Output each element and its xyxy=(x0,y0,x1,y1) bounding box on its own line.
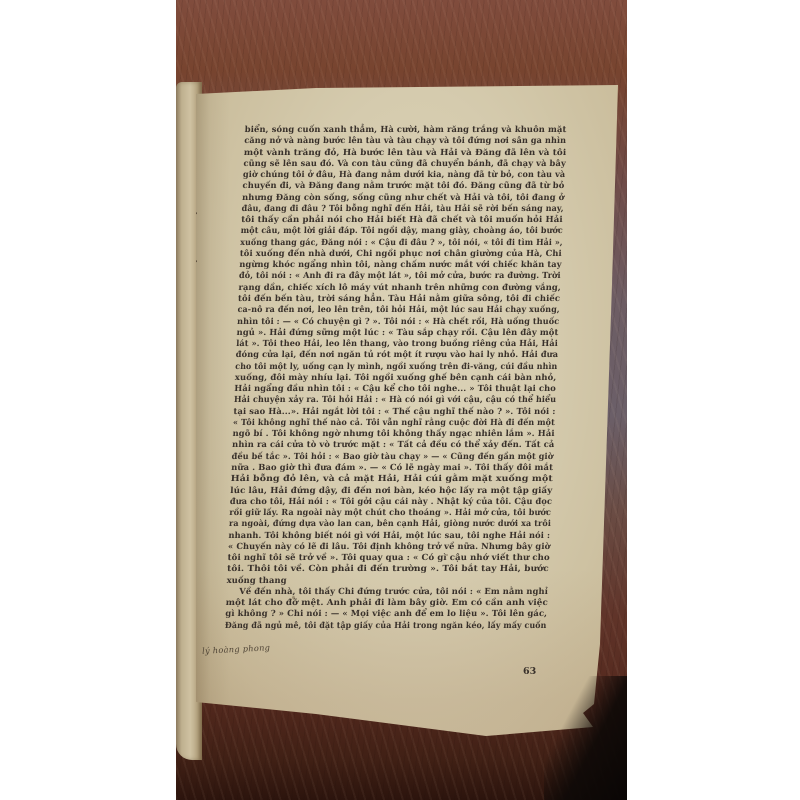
text-line: tôi. Thôi tôi về. Còn phải đi đến trường… xyxy=(227,563,549,574)
text-line: một vành trăng đỏ, Hà bước lên tàu và Hả… xyxy=(244,147,566,158)
text-line: Về đến nhà, tôi thấy Chi đứng trước cửa,… xyxy=(226,586,548,597)
text-line: nhìn tôi : — « Có chuyện gì ? ». Tôi nói… xyxy=(237,316,559,327)
text-line: cũng sẽ lên sau đó. Và con tàu cũng đã c… xyxy=(243,158,565,169)
text-line: chuyến đi, và Đăng đang nằm trước mặt tô… xyxy=(242,180,564,191)
product-photo-canvas: biển, sóng cuốn xanh thẳm, Hà cười, hàm … xyxy=(0,0,800,800)
text-line: gì không ? » Chi nói : — « Mọi việc anh … xyxy=(225,608,547,619)
text-line: lát ». Tôi theo Hải, leo lên thang, vào … xyxy=(236,338,558,349)
text-line: cho tôi một ly, uống cạn ly mình, ngồi x… xyxy=(235,361,557,372)
text-line: rạng dần, chiếc xích lô máy vút nhanh tr… xyxy=(238,282,560,293)
text-line: đóng cửa lại, đến nơi ngăn tủ rót một ít… xyxy=(235,349,557,360)
text-line: « Tôi không nghĩ thế nào cả. Tôi vẫn ngh… xyxy=(233,417,555,428)
text-line: ngõ bí . Tôi không ngờ nhưng tôi không t… xyxy=(232,428,554,439)
text-line: Hải chuyện xảy ra. Tôi hỏi Hải : « Hà có… xyxy=(234,394,556,405)
text-line: nhanh. Tôi không biết nói gì với Hải, mộ… xyxy=(228,530,550,541)
text-line: xuống thang xyxy=(226,575,548,586)
text-line: tôi xuống đến nhà dưới, Chi ngồi phục nơ… xyxy=(240,248,562,259)
text-line: một câu, một lời giải đáp. Tôi ngồi dậy,… xyxy=(240,225,562,236)
book-page: biển, sóng cuốn xanh thẳm, Hà cười, hàm … xyxy=(196,84,620,756)
text-line: rồi giữ lấy. Ra ngoài này một chút cho t… xyxy=(229,507,551,518)
text-line: đưa cho tôi, Hải nói : « Tôi gởi cậu cái… xyxy=(230,496,552,507)
text-line: ngủ ». Hải đứng sững một lúc : « Tàu sắp… xyxy=(236,327,558,338)
text-line: đỏ, tôi nói : « Anh đi ra đây một lát »,… xyxy=(239,270,561,281)
text-line: đâu, đang đi đâu ? Tôi bỗng nghĩ đến Hải… xyxy=(241,203,563,214)
footer-author: lý hoàng phong xyxy=(202,642,271,656)
text-line: một lát cho đỡ mệt. Anh phải đi làm bây … xyxy=(226,597,548,608)
paper-speck xyxy=(446,554,448,556)
page-number: 63 xyxy=(523,666,536,677)
text-line: Hải ngẩng đầu nhìn tôi : « Cậu kể cho tô… xyxy=(234,383,556,394)
text-line: tôi thấy cần phải nói cho Hải biết Hà đã… xyxy=(241,214,563,225)
text-line: giờ chúng tôi ở đâu, Hà đang nằm dưới ki… xyxy=(243,169,565,180)
wood-table-photo: biển, sóng cuốn xanh thẳm, Hà cười, hàm … xyxy=(176,0,627,800)
text-line: xuống thang gác, Đăng nói : « Cậu đi đâu… xyxy=(240,237,562,248)
text-line: ra ngoài, đứng dựa vào lan can, bên cạnh… xyxy=(229,518,551,529)
text-line: ngừng khóc ngẩng nhìn tôi, nàng chấm nướ… xyxy=(239,259,561,270)
text-line: xuống, đôi mày nhíu lại. Tôi ngồi xuống … xyxy=(235,372,557,383)
text-line: nhưng Đăng còn sống, sống cũng như chết … xyxy=(242,192,564,203)
text-line: ca-nô ra đến nơi, leo lên trên, tôi hỏi … xyxy=(237,304,559,315)
text-line: nhìn ra cái cửa tò vò trước mặt : « Tất … xyxy=(232,439,554,450)
page-text: biển, sóng cuốn xanh thẳm, Hà cười, hàm … xyxy=(225,124,567,631)
text-line: tôi nghĩ tôi sẽ trở về ». Tôi quay qua :… xyxy=(227,552,549,563)
text-line: « Chuyến này có lẽ đi lâu. Tôi định khôn… xyxy=(228,541,550,552)
paper-speck xyxy=(292,596,295,599)
text-line: căng nở và nàng bước lên tàu và tàu chạy… xyxy=(244,135,566,146)
text-line: tại sao Hà...». Hải ngắt lời tôi : « Thế… xyxy=(233,406,555,417)
text-line: tôi đến bến tàu, trời sáng hẳn. Tàu Hải … xyxy=(238,293,560,304)
text-line: Hải bỗng đỏ lên, và cả mặt Hải, Hải cúi … xyxy=(231,473,553,484)
text-line: biển, sóng cuốn xanh thẳm, Hà cười, hàm … xyxy=(245,124,567,135)
text-line: Đăng đã ngủ mê, tôi đặt tập giấy của Hải… xyxy=(225,620,547,631)
text-line: lúc lâu, Hải đứng dậy, đi đến nơi bàn, k… xyxy=(230,485,552,496)
table-edge-shadow xyxy=(544,676,627,800)
text-line: nữa . Bao giờ thì đưa đám ». — « Có lẽ n… xyxy=(231,462,553,473)
text-line: đều bế tắc ». Tôi hỏi : « Bao giờ tàu ch… xyxy=(231,451,553,462)
